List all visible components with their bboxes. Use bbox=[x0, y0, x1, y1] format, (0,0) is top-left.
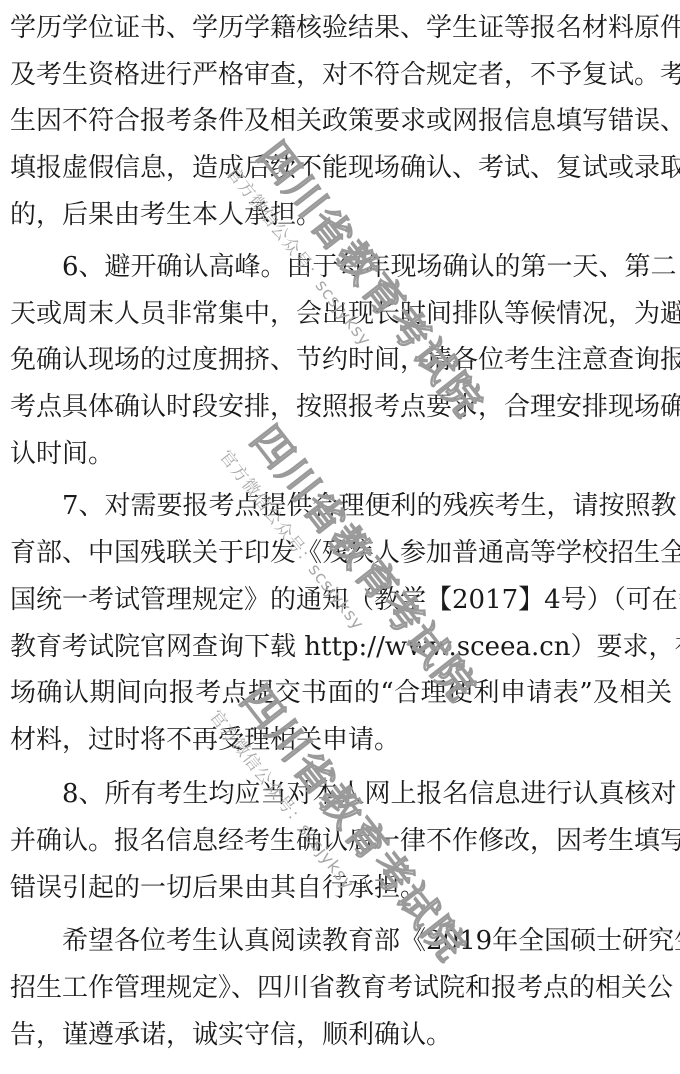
text-line: 学历学位证书、学历学籍核验结果、学生证等报名材料原件 bbox=[10, 8, 672, 48]
text-line: 免确认现场的过度拥挤、节约时间，请各位考生注意查询报 bbox=[10, 340, 672, 380]
paragraph-7-start: 7、对需要报考点提供合理便利的残疾考生，请按照教 bbox=[62, 486, 672, 526]
document-page: 学历学位证书、学历学籍核验结果、学生证等报名材料原件 及考生资格进行严格审查，对… bbox=[0, 0, 680, 1074]
text-line: 天或周末人员非常集中，会出现长时间排队等候情况，为避 bbox=[10, 294, 672, 334]
text-line: 材料，过时将不再受理相关申请。 bbox=[10, 720, 672, 760]
text-line: 考点具体确认时段安排，按照报考点要求，合理安排现场确 bbox=[10, 387, 672, 427]
text-line: 国统一考试管理规定》的通知（教学【2017】4号）（可在省 bbox=[10, 580, 672, 620]
text-line: 招生工作管理规定》、四川省教育考试院和报考点的相关公 bbox=[10, 968, 672, 1008]
text-line: 错误引起的一切后果由其自行承担。 bbox=[10, 868, 672, 908]
paragraph-6-start: 6、避开确认高峰。由于每年现场确认的第一天、第二 bbox=[62, 247, 672, 287]
text-line: 填报虚假信息，造成后续不能现场确认、考试、复试或录取 bbox=[10, 148, 672, 188]
text-line: 告，谨遵承诺，诚实守信，顺利确认。 bbox=[10, 1015, 672, 1055]
closing-paragraph-start: 希望各位考生认真阅读教育部《2019年全国硕士研究生 bbox=[62, 921, 672, 961]
text-line: 认时间。 bbox=[10, 434, 672, 474]
text-line: 育部、中国残联关于印发《残疾人参加普通高等学校招生全 bbox=[10, 533, 672, 573]
text-line: 生因不符合报考条件及相关政策要求或网报信息填写错误、 bbox=[10, 101, 672, 141]
paragraph-8-start: 8、所有考生均应当对本人网上报名信息进行认真核对 bbox=[62, 774, 672, 814]
text-line: 的，后果由考生本人承担。 bbox=[10, 195, 672, 235]
text-line: 并确认。报名信息经考生确认后一律不作修改，因考生填写 bbox=[10, 821, 672, 861]
text-line: 场确认期间向报考点提交书面的“合理便利申请表”及相关 bbox=[10, 673, 672, 713]
text-line: 及考生资格进行严格审查，对不符合规定者，不予复试。考 bbox=[10, 55, 672, 95]
text-line-with-url: 教育考试院官网查询下载 http://www.sceea.cn）要求，在现 bbox=[10, 627, 672, 667]
